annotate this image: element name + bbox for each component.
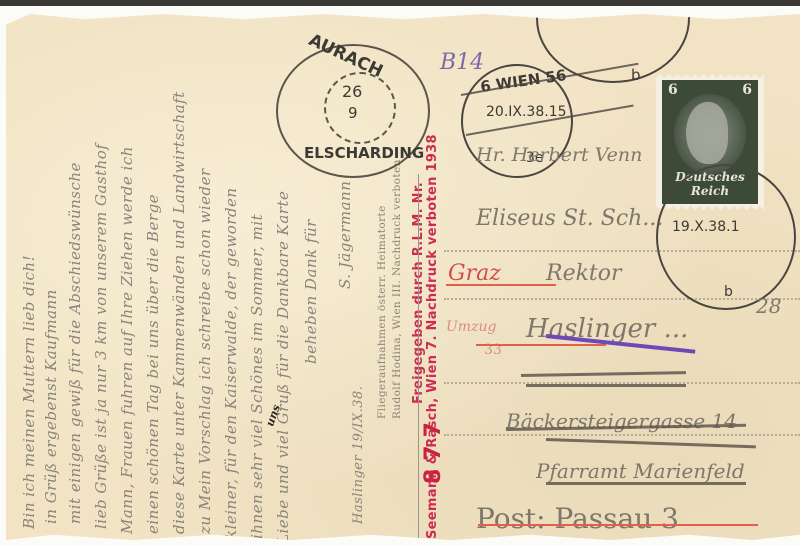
message-line: einen schönen Tag bei uns über die Berge (144, 194, 162, 534)
address-line-3: Rektor (546, 261, 622, 286)
message-line: beheben Dank für (302, 219, 320, 364)
pencil-strike (546, 482, 746, 485)
portrait-icon (686, 102, 728, 164)
message-line: in Grüß ergebenst Kaufmann (42, 289, 60, 524)
message-line: mit einigen gewiß für die Abschiedswünsc… (66, 162, 84, 524)
pencil-strike (546, 438, 756, 448)
card-divider (418, 174, 419, 546)
stamp-value-right: 6 (742, 82, 752, 98)
message-line: S. Jägermann (336, 181, 354, 289)
postmark-second-date: 19.X.38.1 (672, 219, 739, 235)
message-line: ihnen sehr viel Schönes im Sommer, mit (248, 214, 266, 539)
message-line: kleiner, für den Kaiserwalde, der geword… (222, 187, 240, 539)
message-line: Bin ich meinen Muttern lieb dich! (20, 255, 38, 529)
red-underline (446, 284, 556, 286)
postmark-note: 28 (756, 294, 781, 318)
postmark-left-day: 26 (342, 82, 362, 101)
message-line: diese Karte unter Kammenwänden und Landw… (170, 91, 188, 534)
message-line: zu Mein Vorschlag ich schreibe schon wie… (196, 168, 214, 534)
postmark-left-bottom: ELSCHARDING (304, 144, 424, 162)
address-line-1: Hr. Herbert Venn (476, 144, 642, 166)
pencil-strike (526, 384, 686, 387)
postmark-second-bottom: b (724, 284, 733, 300)
address-line-2: Eliseus St. Sch... (476, 206, 663, 231)
red-strike (478, 524, 758, 526)
handwritten-date: Haslinger 19/IX.38. (351, 386, 366, 524)
postmark-top-right-bottom: b (631, 66, 641, 84)
message-line: Liebe und viel Gruß für die Dankbare Kar… (274, 191, 292, 544)
publisher-line: Fliegeraufnahmen österr. Heimatorte (376, 205, 388, 419)
violet-annotation: B14 (440, 50, 484, 75)
pencil-strike (521, 371, 686, 377)
scanner-edge (0, 0, 800, 6)
censor-number: 877 (421, 414, 446, 484)
message-line: Mann, Frauen fuhren auf Ihre Ziehen werd… (118, 146, 136, 534)
message-line: lieb Grüße ist ja nur 3 km von unserem G… (92, 144, 110, 529)
red-strike (476, 344, 606, 346)
address-line (444, 434, 800, 436)
stamp-value-left: 6 (668, 82, 678, 98)
red-stamp-word: Umzug (446, 319, 496, 335)
postcard-back: Bin ich meinen Muttern lieb dich! in Grü… (6, 14, 800, 540)
publisher-line: Rudolf Hodina, Wien III. Nachdruck verbo… (391, 159, 403, 419)
postmark-left-month: 9 (348, 104, 358, 122)
address-line-6: Pfarramt Marienfeld (536, 459, 745, 483)
address-line-7: Post: Passau 3 (476, 502, 679, 535)
red-handwritten-city: Graz (448, 261, 501, 286)
